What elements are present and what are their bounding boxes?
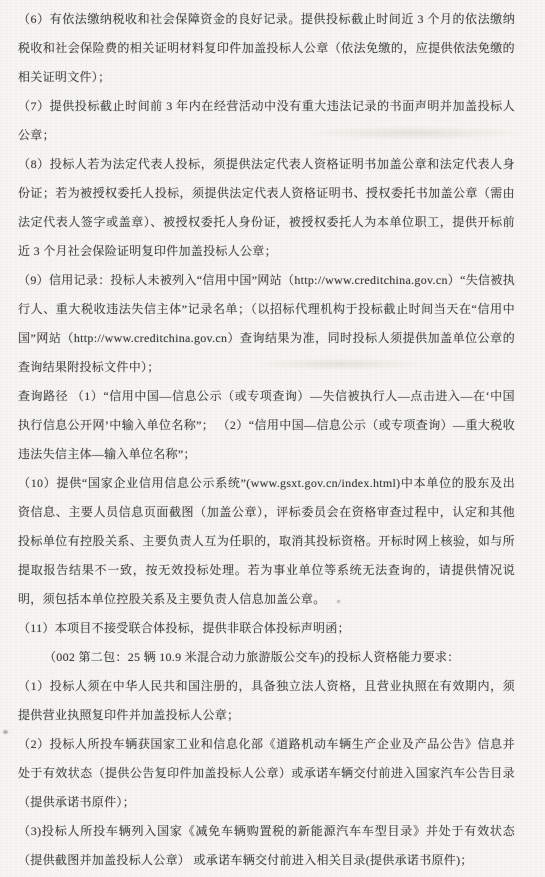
paragraph-item-10: （10）提供“国家企业信用信息公示系统”(www.gsxt.gov.cn/ind…	[18, 469, 515, 614]
paragraph-item-6: （6）有依法缴纳税收和社会保障资金的良好记录。提供投标截止时间近 3 个月的依法…	[18, 5, 515, 92]
paragraph-item-7: （7）提供投标截止时间前 3 年内在经营活动中没有重大违法记录的书面声明并加盖投…	[18, 92, 515, 150]
paragraph-pkg2-item-1: （1）投标人须在中华人民共和国注册的，具备独立法人资格，且营业执照在有效期内，须…	[18, 672, 515, 730]
paragraph-item-8: （8）投标人若为法定代表人投标，须提供法定代表人资格证明书加盖公章和法定代表人身…	[18, 150, 515, 266]
scan-speck	[3, 730, 8, 734]
paragraph-query-path: 查询路径 （1）“信用中国—信息公示（或专项查询）—失信被执行人—点击进入—在‘…	[18, 382, 515, 469]
paragraph-pkg2-item-2: （2）投标人所投车辆获国家工业和信息化部《道路机动车辆生产企业及产品公告》信息并…	[18, 730, 515, 817]
paragraph-pkg2-item-3: （3)投标人所投车辆列入国家《减免车辆购置税的新能源汽车车型目录》并处于有效状态…	[18, 817, 515, 875]
paragraph-item-9: （9）信用记录：投标人未被列入“信用中国”网站（http://www.credi…	[18, 266, 515, 382]
scanned-document-page: （6）有依法缴纳税收和社会保障资金的良好记录。提供投标截止时间近 3 个月的依法…	[0, 0, 545, 877]
paragraph-item-11: （11）本项目不接受联合体投标，提供非联合体投标声明函；	[18, 614, 515, 643]
package-2-heading: （002 第二包：25 辆 10.9 米混合动力旅游版公交车)的投标人资格能力要…	[18, 643, 515, 672]
